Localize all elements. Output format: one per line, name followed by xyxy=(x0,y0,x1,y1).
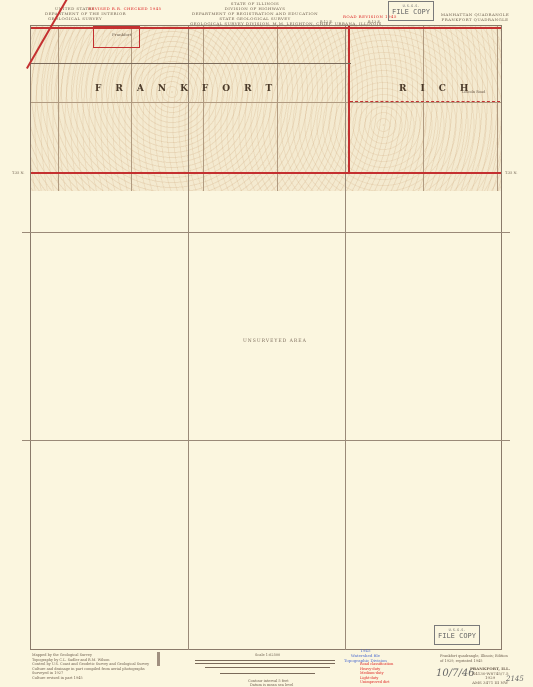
note-line: Control by U.S. Coast and Geodetic Surve… xyxy=(32,662,149,667)
handwritten-number: 2145 xyxy=(506,675,524,683)
quad-title: FRANKFORT QUADRANGLE xyxy=(440,17,510,22)
right-note: Frankfort quadrangle, Illinois; Edition … xyxy=(440,654,510,663)
stamp-line-2: FILE COPY xyxy=(435,632,479,640)
scale-title: Scale 1:62500 xyxy=(255,653,280,658)
quad-sub-line: AMS 3471 III NW xyxy=(470,681,510,686)
scale-bar-km xyxy=(220,673,315,676)
header-left-red-note: REVISED R.R. CHECKED 1945 xyxy=(88,6,161,11)
vertical-stamp xyxy=(157,652,160,666)
road-north-south xyxy=(348,26,350,174)
section-line xyxy=(203,26,204,191)
legend-line: Road classification xyxy=(360,662,393,667)
section-line xyxy=(131,26,132,191)
legend-line: Unimproved dirt xyxy=(360,680,393,685)
range-top-1: R.12 E. xyxy=(320,20,333,25)
grid-line-v1 xyxy=(188,26,189,650)
note-line: Culture revised in part 1945 xyxy=(32,676,149,681)
section-line xyxy=(58,26,59,191)
datum-note: Datum is mean sea level xyxy=(250,683,293,687)
town-label: Frankfort xyxy=(112,33,131,38)
section-line xyxy=(31,102,501,103)
file-copy-stamp-top: U.S.G.S. FILE COPY xyxy=(388,1,434,21)
stamp-line-2: FILE COPY xyxy=(389,8,433,16)
road-main-east-west xyxy=(31,172,501,174)
red-road-legend: Road classification Heavy-duty Medium-du… xyxy=(360,662,393,685)
mapped-terrain-area xyxy=(31,26,501,191)
section-line xyxy=(497,26,498,191)
range-top-2: R.13 E. xyxy=(368,20,381,25)
grid-line-v2 xyxy=(345,26,346,650)
blue-stamp: 1945 Watershed file Topographic Division xyxy=(344,648,387,663)
file-copy-stamp-bottom: U.S.G.S. FILE COPY xyxy=(434,625,480,645)
road-label: Lincoln Road xyxy=(462,90,485,95)
railroad xyxy=(31,63,351,64)
unsurveyed-area-label: UNSURVEYED AREA xyxy=(243,339,307,344)
road-dashed-east-west xyxy=(350,101,500,102)
section-line xyxy=(423,26,424,191)
section-line xyxy=(277,26,278,191)
scale-bar-feet xyxy=(205,667,330,670)
range-marker-left: T.35 N. xyxy=(12,171,24,176)
scale-bar-miles xyxy=(195,660,335,664)
header-center: STATE OF ILLINOIS DIVISION OF HIGHWAYS D… xyxy=(190,1,320,26)
header-right: MANHATTAN QUADRANGLE FRANKFORT QUADRANGL… xyxy=(440,12,510,22)
grid-line-h1 xyxy=(22,232,510,233)
township-label-frankfort: FRANKFORT xyxy=(95,84,286,94)
handwritten-date: 10/7/46 xyxy=(436,668,475,679)
range-marker-right: T.35 N. xyxy=(505,171,517,176)
grid-line-h2 xyxy=(22,440,510,441)
quad-name: FRANKFORT, ILL. N4130-W8745/7.5 1929 AMS… xyxy=(470,667,510,685)
footer-notes: Mapped by the Geological Survey Topograp… xyxy=(32,653,149,680)
